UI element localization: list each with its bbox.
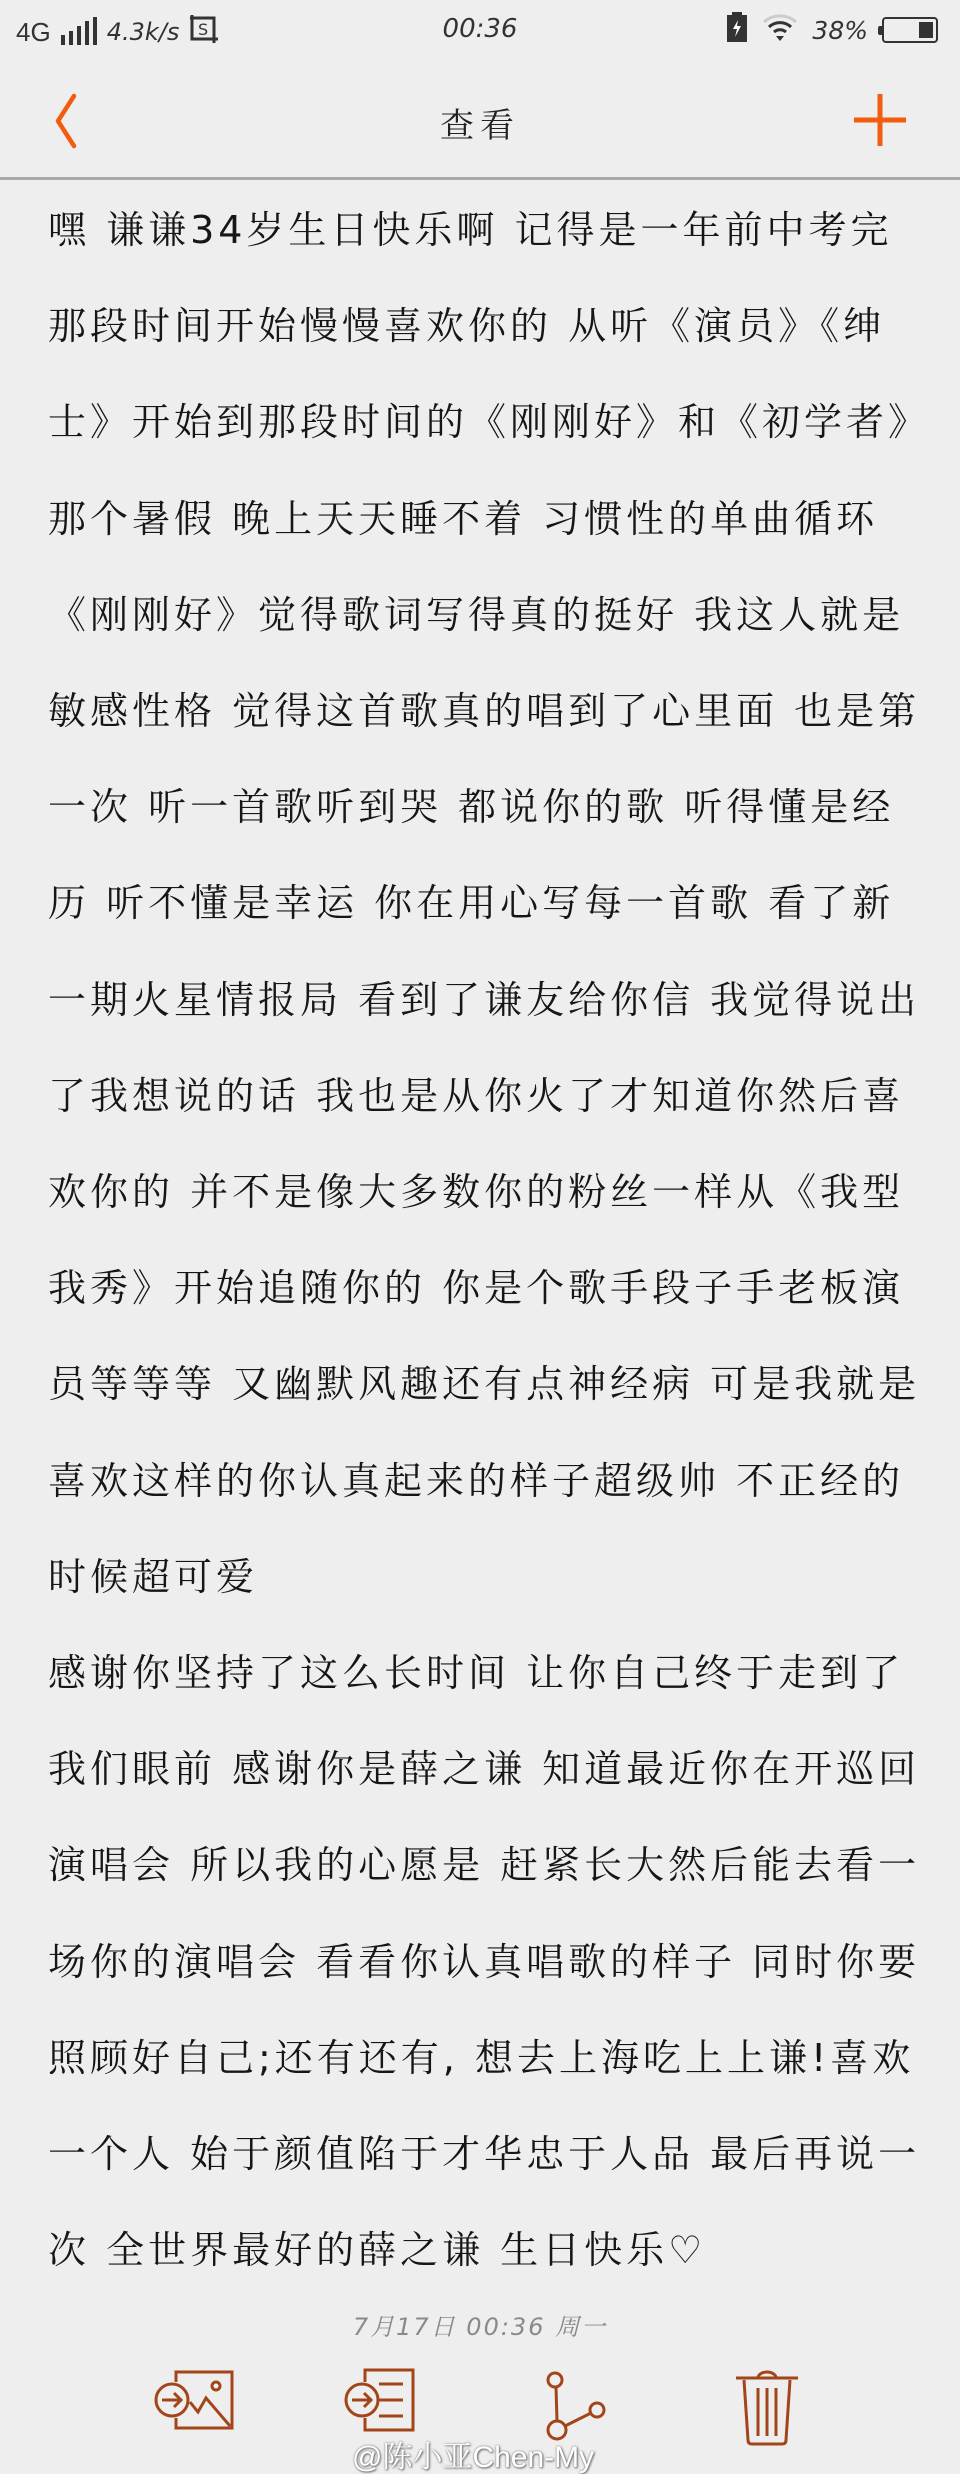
note-timestamp: 7月17日 00:36 周一 xyxy=(0,2307,960,2342)
battery-icon xyxy=(882,17,938,43)
wifi-icon xyxy=(762,12,798,48)
trash-icon xyxy=(722,2368,812,2452)
page-title: 查看 xyxy=(0,98,960,147)
header-bar: 查看 xyxy=(0,60,960,180)
note-content[interactable]: 嘿 谦谦34岁生日快乐啊 记得是一年前中考完那段时间开始慢慢喜欢你的 从听《演员… xyxy=(48,182,928,2298)
status-right: 38% xyxy=(726,12,938,48)
battery-charging-icon xyxy=(726,12,748,48)
export-image-icon xyxy=(150,2368,240,2452)
note-paragraph: 感谢你坚持了这么长时间 让你自己终于走到了我们眼前 感谢你是薛之谦 知道最近你在… xyxy=(48,1625,928,2298)
plus-icon xyxy=(852,92,908,148)
delete-button[interactable] xyxy=(722,2368,812,2452)
status-bar: 4G 4.3k/s S 00:36 38% xyxy=(0,0,960,60)
add-note-button[interactable] xyxy=(852,92,908,148)
battery-percent: 38% xyxy=(812,16,868,45)
export-image-button[interactable] xyxy=(150,2368,240,2452)
weibo-watermark: @陈小亚Chen-My xyxy=(352,2432,594,2474)
note-paragraph: 嘿 谦谦34岁生日快乐啊 记得是一年前中考完那段时间开始慢慢喜欢你的 从听《演员… xyxy=(48,182,928,1625)
